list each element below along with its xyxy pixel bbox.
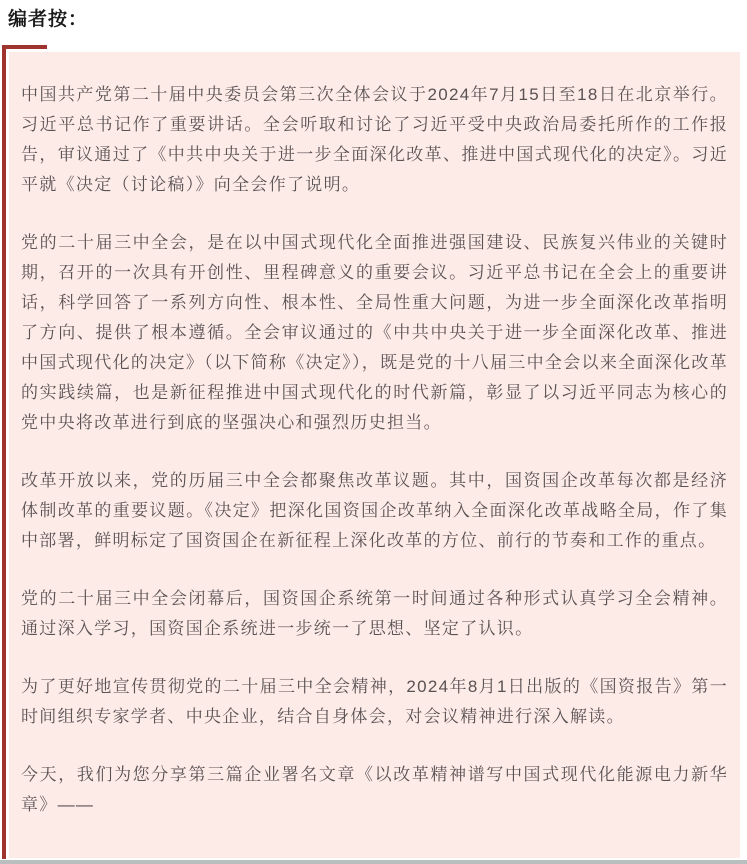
corner-accent-horizontal-bar <box>2 45 47 49</box>
note-paragraph-6: 今天，我们为您分享第三篇企业署名文章《以改革精神谱写中国式现代化能源电力新华章》… <box>21 760 728 820</box>
editor-note-box: 中国共产党第二十届中央委员会第三次全体会议于2024年7月15日至18日在北京举… <box>9 52 740 858</box>
next-section-edge-strip <box>0 860 747 864</box>
editor-note-heading: 编者按： <box>8 4 88 31</box>
note-paragraph-1: 中国共产党第二十届中央委员会第三次全体会议于2024年7月15日至18日在北京举… <box>21 80 728 200</box>
note-paragraph-3: 改革开放以来，党的历届三中全会都聚焦改革议题。其中，国资国企改革每次都是经济体制… <box>21 466 728 556</box>
corner-accent-vertical-bar <box>2 45 6 859</box>
note-paragraph-2: 党的二十届三中全会，是在以中国式现代化全面推进强国建设、民族复兴伟业的关键时期，… <box>21 228 728 438</box>
note-paragraph-4: 党的二十届三中全会闭幕后，国资国企系统第一时间通过各种形式认真学习全会精神。通过… <box>21 584 728 644</box>
note-paragraph-5: 为了更好地宣传贯彻党的二十届三中全会精神，2024年8月1日出版的《国资报告》第… <box>21 672 728 732</box>
